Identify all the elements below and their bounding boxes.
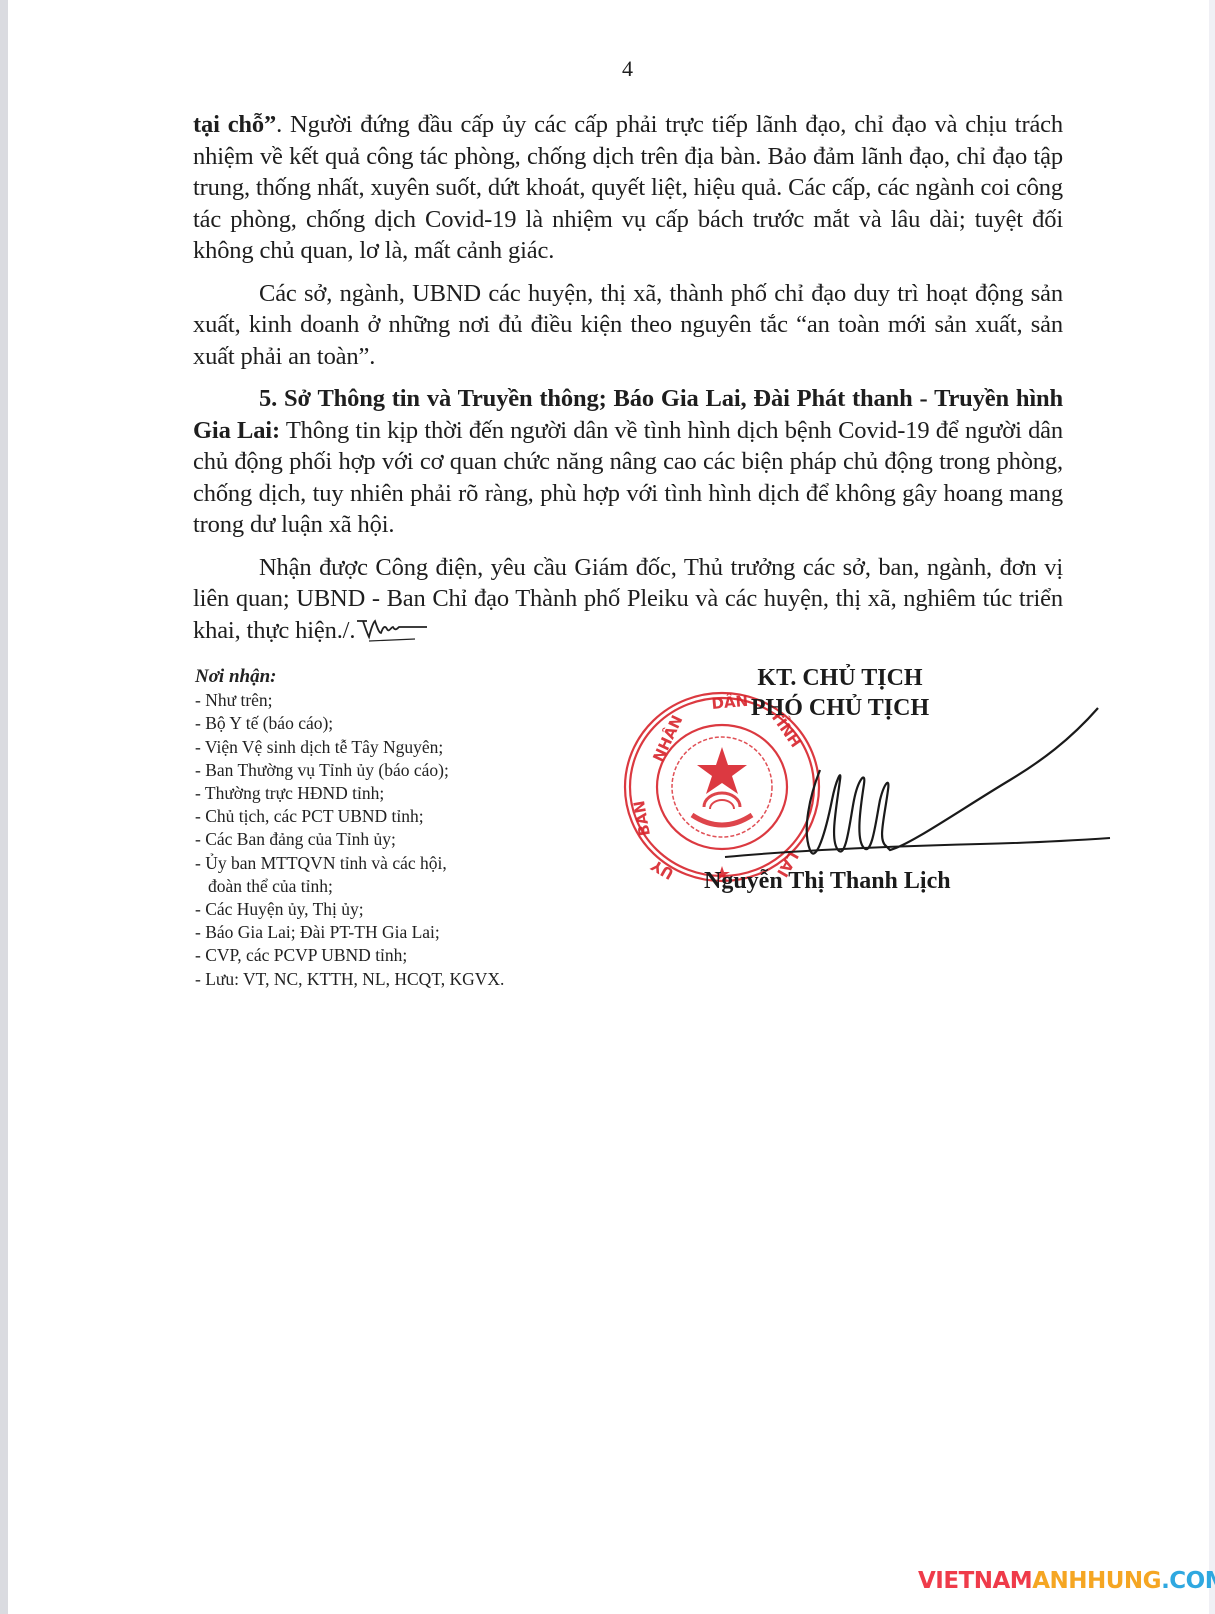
recipient-item: - Chủ tịch, các PCT UBND tỉnh;: [195, 805, 504, 828]
watermark-part3: .COM: [1161, 1568, 1215, 1594]
recipient-item: đoàn thể của tỉnh;: [195, 875, 504, 898]
recipient-item: - Bộ Y tế (báo cáo);: [195, 712, 504, 735]
watermark: VIETNAMANHHUNG.COM: [918, 1568, 1215, 1594]
paragraph-1-text: . Người đứng đầu cấp ủy các cấp phải trự…: [193, 111, 1063, 264]
page-right-edge: [1209, 0, 1215, 1614]
paragraph-1: tại chỗ”. Người đứng đầu cấp ủy các cấp …: [193, 109, 1063, 267]
watermark-part1: VIETNAM: [918, 1568, 1032, 1594]
paragraph-4-text: Nhận được Công điện, yêu cầu Giám đốc, T…: [193, 554, 1063, 644]
paragraph-4: Nhận được Công điện, yêu cầu Giám đốc, T…: [193, 552, 1063, 647]
recipient-item: - Báo Gia Lai; Đài PT-TH Gia Lai;: [195, 921, 504, 944]
recipients-list: Nơi nhận: - Như trên; - Bộ Y tế (báo cáo…: [195, 665, 504, 991]
initial-mark-icon: [355, 613, 435, 643]
paragraph-3-text: Thông tin kịp thời đến người dân về tình…: [193, 417, 1063, 539]
recipient-item: - Thường trực HĐND tỉnh;: [195, 782, 504, 805]
signer-name: Nguyễn Thị Thanh Lịch: [704, 868, 951, 895]
signature-block: NHÂN DÂN TỈNH BAN UY LAI KT. CHỦ TỊCH PH…: [620, 660, 1120, 910]
document-body: tại chỗ”. Người đứng đầu cấp ủy các cấp …: [193, 109, 1063, 658]
watermark-part2: ANHHUNG: [1032, 1568, 1161, 1594]
recipient-item: - Các Huyện ủy, Thị ủy;: [195, 898, 504, 921]
page-number: 4: [0, 56, 1215, 82]
recipient-item: - Ban Thường vụ Tỉnh ủy (báo cáo);: [195, 759, 504, 782]
handwritten-signature-icon: [780, 700, 1120, 870]
recipient-item: - Ủy ban MTTQVN tỉnh và các hội,: [195, 852, 504, 875]
recipient-item: - CVP, các PCVP UBND tỉnh;: [195, 944, 504, 967]
recipient-item: - Viện Vệ sinh dịch tễ Tây Nguyên;: [195, 736, 504, 759]
svg-text:BAN: BAN: [630, 799, 654, 837]
recipient-item: - Các Ban đảng của Tỉnh ủy;: [195, 828, 504, 851]
recipient-item: - Lưu: VT, NC, KTTH, NL, HCQT, KGVX.: [195, 968, 504, 991]
paragraph-2: Các sở, ngành, UBND các huyện, thị xã, t…: [193, 278, 1063, 373]
svg-text:UY: UY: [647, 855, 677, 883]
paragraph-1-bold-lead: tại chỗ”: [193, 111, 276, 138]
signature-title-line1: KT. CHỦ TỊCH: [720, 665, 960, 692]
paragraph-3: 5. Sở Thông tin và Truyền thông; Báo Gia…: [193, 383, 1063, 541]
recipients-title: Nơi nhận:: [195, 665, 504, 688]
page-left-edge: [0, 0, 8, 1614]
recipient-item: - Như trên;: [195, 689, 504, 712]
